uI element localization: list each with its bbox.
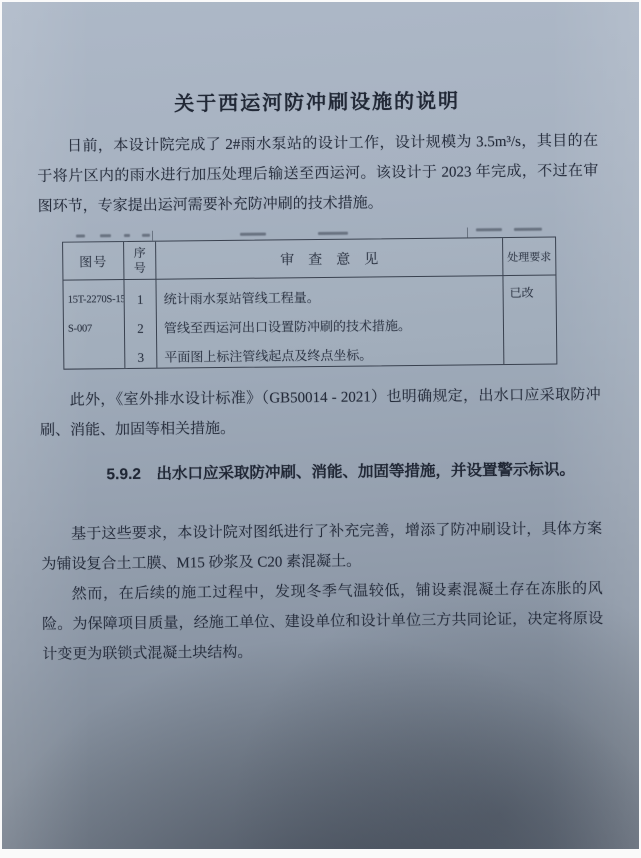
illegible-text-fragment	[318, 232, 348, 235]
supplement-design-paragraph: 基于这些要求，本设计院对图纸进行了补充完善，增添了防冲刷设计，具体方案为铺设复合…	[41, 514, 603, 580]
design-change-paragraph: 然而，在后续的施工过程中，发现冬季气温较低，铺设素混凝土存在冻胀的风险。为保障项…	[42, 574, 604, 670]
cell-review-opinions: 统计雨水泵站管线工程量。 管线至西运河出口设置防冲刷的技术措施。 平面图上标注管…	[156, 276, 504, 368]
illegible-text-fragment	[514, 228, 542, 231]
review-opinion: 统计雨水泵站管线工程量。	[164, 281, 503, 314]
page-frame: 关于西运河防冲刷设施的说明 日前，本设计院完成了 2#雨水泵站的设计工作，设计规…	[0, 0, 641, 858]
standard-reference-paragraph: 此外，《室外排水设计标准》（GB50014 - 2021）也明确规定，出水口应采…	[40, 380, 602, 446]
header-drawing-no: 图号	[63, 242, 124, 281]
header-review-opinion: 审查意见	[156, 238, 503, 280]
header-handling-requirement: 处理要求	[503, 238, 555, 277]
intro-paragraph: 日前，本设计院完成了 2#雨水泵站的设计工作，设计规模为 3.5m³/s，其目的…	[37, 126, 599, 222]
review-opinion: 管线至西运河出口设置防冲刷的技术措施。	[164, 310, 503, 343]
header-seq-no-label: 序号	[132, 245, 147, 275]
table-line-fragment	[467, 227, 468, 237]
cell-seq-numbers: 1 2 3	[124, 280, 157, 368]
cell-handling-value: 已改	[503, 276, 556, 365]
illegible-text-fragment	[142, 234, 150, 237]
handling-value: 已改	[510, 286, 534, 300]
cell-drawing-no: 15T-2270S-15 S-007	[63, 280, 125, 369]
seq-number: 2	[125, 314, 156, 343]
drawing-no-line: S-007	[68, 314, 124, 344]
illegible-text-fragment	[476, 228, 502, 231]
header-seq-no: 序号	[124, 242, 156, 280]
drawing-no-line: 15T-2270S-15	[68, 285, 124, 315]
illegible-text-fragment	[124, 234, 130, 237]
review-comments-table: 图号 序号 审查意见 处理要求 15T-2270S-15 S-007 1 2	[62, 237, 557, 370]
clause-quote: 5.9.2 出水口应采取防冲刷、消能、加固等措施，并设置警示标识。	[106, 454, 583, 491]
table-line-fragment	[152, 231, 153, 241]
header-handling-requirement-label: 处理要求	[507, 248, 551, 264]
illegible-text-fragment	[100, 234, 111, 237]
illegible-text-fragment	[76, 234, 85, 237]
seq-number: 3	[125, 343, 156, 372]
document-sheet: 关于西运河防冲刷设施的说明 日前，本设计院完成了 2#雨水泵站的设计工作，设计规…	[2, 2, 639, 849]
document-title: 关于西运河防冲刷设施的说明	[36, 83, 597, 118]
review-opinion: 平面图上标注管线起点及终点坐标。	[164, 339, 503, 368]
header-review-opinion-label: 审查意见	[266, 248, 392, 269]
photo-of-document: 关于西运河防冲刷设施的说明 日前，本设计院完成了 2#雨水泵站的设计工作，设计规…	[2, 2, 639, 849]
seq-number: 1	[125, 285, 156, 314]
illegible-text-fragment	[240, 233, 266, 236]
header-drawing-no-label: 图号	[79, 251, 107, 270]
